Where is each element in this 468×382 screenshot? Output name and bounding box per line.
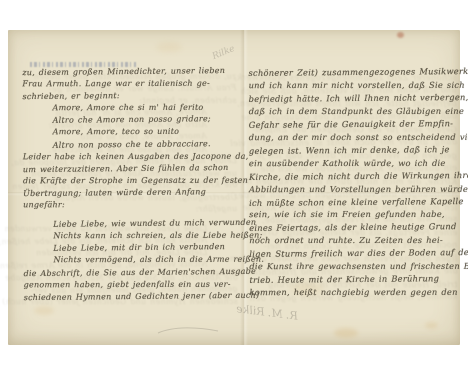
handwritten-line: befriedigt hätte. Ich will Ihnen nicht v… bbox=[249, 91, 457, 106]
red-ink-stain bbox=[397, 32, 404, 38]
handwritten-line: Amore, Amore, teco so unito bbox=[23, 126, 237, 139]
letter-page-left: zu, diesem großen Minnedichter, unser li… bbox=[22, 65, 237, 303]
handwritten-line: ungefähr: bbox=[23, 199, 237, 212]
handwritten-line: Nichts vermögend, als dich in die Arme r… bbox=[23, 254, 237, 267]
handwritten-line: trieb. Heute mit der Kirche in Berührung bbox=[249, 272, 457, 287]
letter-page-right: schönerer Zeit) zusammengezogenes Musikw… bbox=[248, 66, 457, 300]
left-page-text: zu, diesem großen Minnedichter, unser li… bbox=[22, 65, 237, 303]
letter-photograph: Rilke zu, diesem großen Minnedichter, un… bbox=[8, 30, 460, 345]
foxing-stain bbox=[34, 306, 54, 315]
handwritten-line: Abbildungen und Vorstellungen berühren w… bbox=[249, 182, 457, 195]
handwritten-line: schiedenen Hymnen und Gedichten jener (a… bbox=[24, 290, 238, 304]
foxing-stain bbox=[156, 42, 182, 52]
handwritten-line: Kirche, die mich nicht durch die Wirkung… bbox=[249, 169, 457, 184]
handwritten-line: daß ich in dem Standpunkt des Gläubigen … bbox=[249, 105, 457, 118]
handwritten-line: Gefahr sehe für die Genauigkeit der Empf… bbox=[249, 117, 457, 132]
handwritten-line: gelegen ist. Wenn ich mir denke, daß ich… bbox=[249, 143, 457, 158]
pencil-mark-swoosh bbox=[156, 322, 220, 341]
handwritten-line: genommen haben, giebt jedenfalls ein aus… bbox=[24, 278, 238, 291]
handwritten-line: dung, an der mir doch sonst so entscheid… bbox=[249, 131, 457, 144]
handwritten-line: ein ausübender Katholik würde, wo ich di… bbox=[249, 157, 457, 170]
handwritten-line: Leider habe ich keinen Ausgaben des Jaco… bbox=[23, 150, 237, 163]
handwritten-line: Altro non posso che te abbracciare. bbox=[23, 137, 237, 151]
right-page-text: schönerer Zeit) zusammengezogenes Musikw… bbox=[248, 66, 457, 300]
handwritten-line: kommen, heißt nachgiebig werden gegen de… bbox=[249, 286, 457, 299]
foxing-stain bbox=[425, 322, 438, 329]
handwritten-line: und ich kann mir nicht vorstellen, daß S… bbox=[249, 79, 457, 92]
pencil-annotation-rilke: Rilke bbox=[211, 44, 236, 62]
swoosh-stroke-icon bbox=[156, 323, 220, 337]
foxing-stain bbox=[334, 328, 358, 338]
handwritten-line: schönerer Zeit) zusammengezogenes Musikw… bbox=[248, 65, 456, 80]
handwritten-line: die Abschrift, die Sie aus der Marien'sc… bbox=[23, 265, 237, 279]
